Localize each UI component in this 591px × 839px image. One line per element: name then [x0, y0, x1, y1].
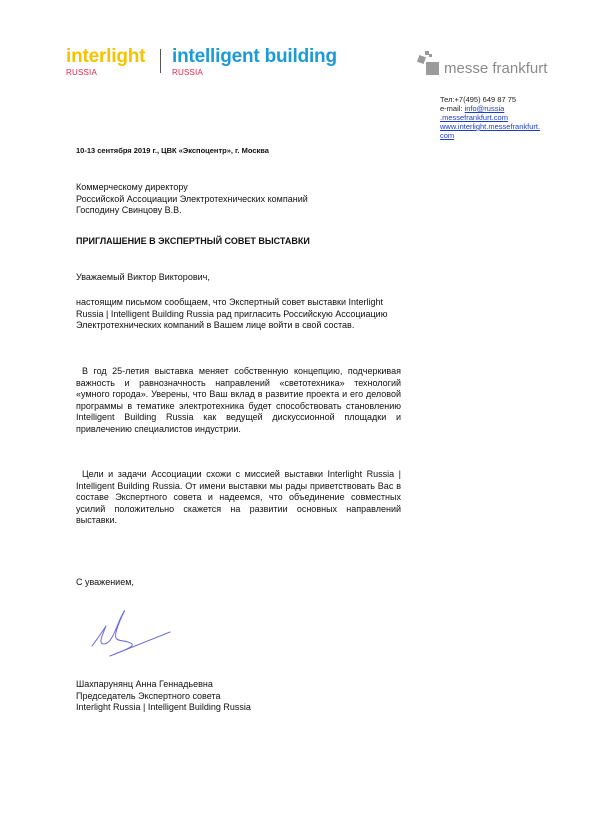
- email-link[interactable]: info@russia: [465, 104, 505, 113]
- signer-organization: Interlight Russia | Intelligent Building…: [76, 702, 251, 714]
- messe-frankfurt-logo: messe frankfurt: [414, 50, 564, 80]
- interlight-logo-word: interlight: [66, 47, 145, 67]
- intelligent-building-logo: intelligent building RUSSIA: [172, 47, 337, 77]
- signature-icon: [84, 604, 174, 664]
- contact-phone: Тел:+7(495) 649 87 75: [440, 95, 540, 104]
- letter-title: ПРИГЛАШЕНИЕ В ЭКСПЕРТНЫЙ СОВЕТ ВЫСТАВКИ: [76, 236, 310, 246]
- contact-email-row: e-mail: info@russia: [440, 104, 540, 113]
- messe-frankfurt-logo-word: messe frankfurt: [444, 60, 547, 77]
- addressee-line: Российской Ассоциации Электротехнических…: [76, 194, 308, 206]
- interlight-logo: interlight RUSSIA: [66, 47, 145, 77]
- email-label: e-mail:: [440, 104, 465, 113]
- signer-block: Шахпарунянц Анна Геннадьевна Председател…: [76, 679, 251, 714]
- website-link-continued[interactable]: com: [440, 131, 454, 140]
- interlight-logo-sub: RUSSIA: [66, 68, 145, 77]
- messe-frankfurt-square-icon: [426, 62, 439, 75]
- closing: С уважением,: [76, 577, 134, 589]
- body-paragraph: настоящим письмом сообщаем, что Экспертн…: [76, 297, 401, 332]
- intelligent-building-logo-sub: RUSSIA: [172, 68, 337, 77]
- body-paragraph: В год 25-летия выставка меняет собственн…: [76, 366, 401, 435]
- intelligent-building-logo-word: intelligent building: [172, 47, 337, 67]
- website-link[interactable]: www.interlight.messefrankfurt.: [440, 122, 540, 131]
- logo-divider: [160, 49, 161, 73]
- addressee-line: Господину Свинцову В.В.: [76, 205, 308, 217]
- event-date-location: 10-13 сентября 2019 г., ЦВК «Экспоцентр»…: [76, 146, 269, 155]
- messe-frankfurt-small-square-icon: [417, 55, 426, 64]
- greeting: Уважаемый Виктор Викторович,: [76, 272, 210, 284]
- addressee-line: Коммерческому директору: [76, 182, 308, 194]
- contact-block: Тел:+7(495) 649 87 75 e-mail: info@russi…: [440, 95, 540, 140]
- email-link-continued[interactable]: .messefrankfurt.com: [440, 113, 508, 122]
- body-paragraph: Цели и задачи Ассоциации схожи с миссией…: [76, 469, 401, 527]
- signer-name: Шахпарунянц Анна Геннадьевна: [76, 679, 251, 691]
- messe-frankfurt-dot-icon: [429, 54, 432, 57]
- addressee-block: Коммерческому директору Российской Ассоц…: [76, 182, 308, 217]
- signer-position: Председатель Экспертного совета: [76, 691, 251, 703]
